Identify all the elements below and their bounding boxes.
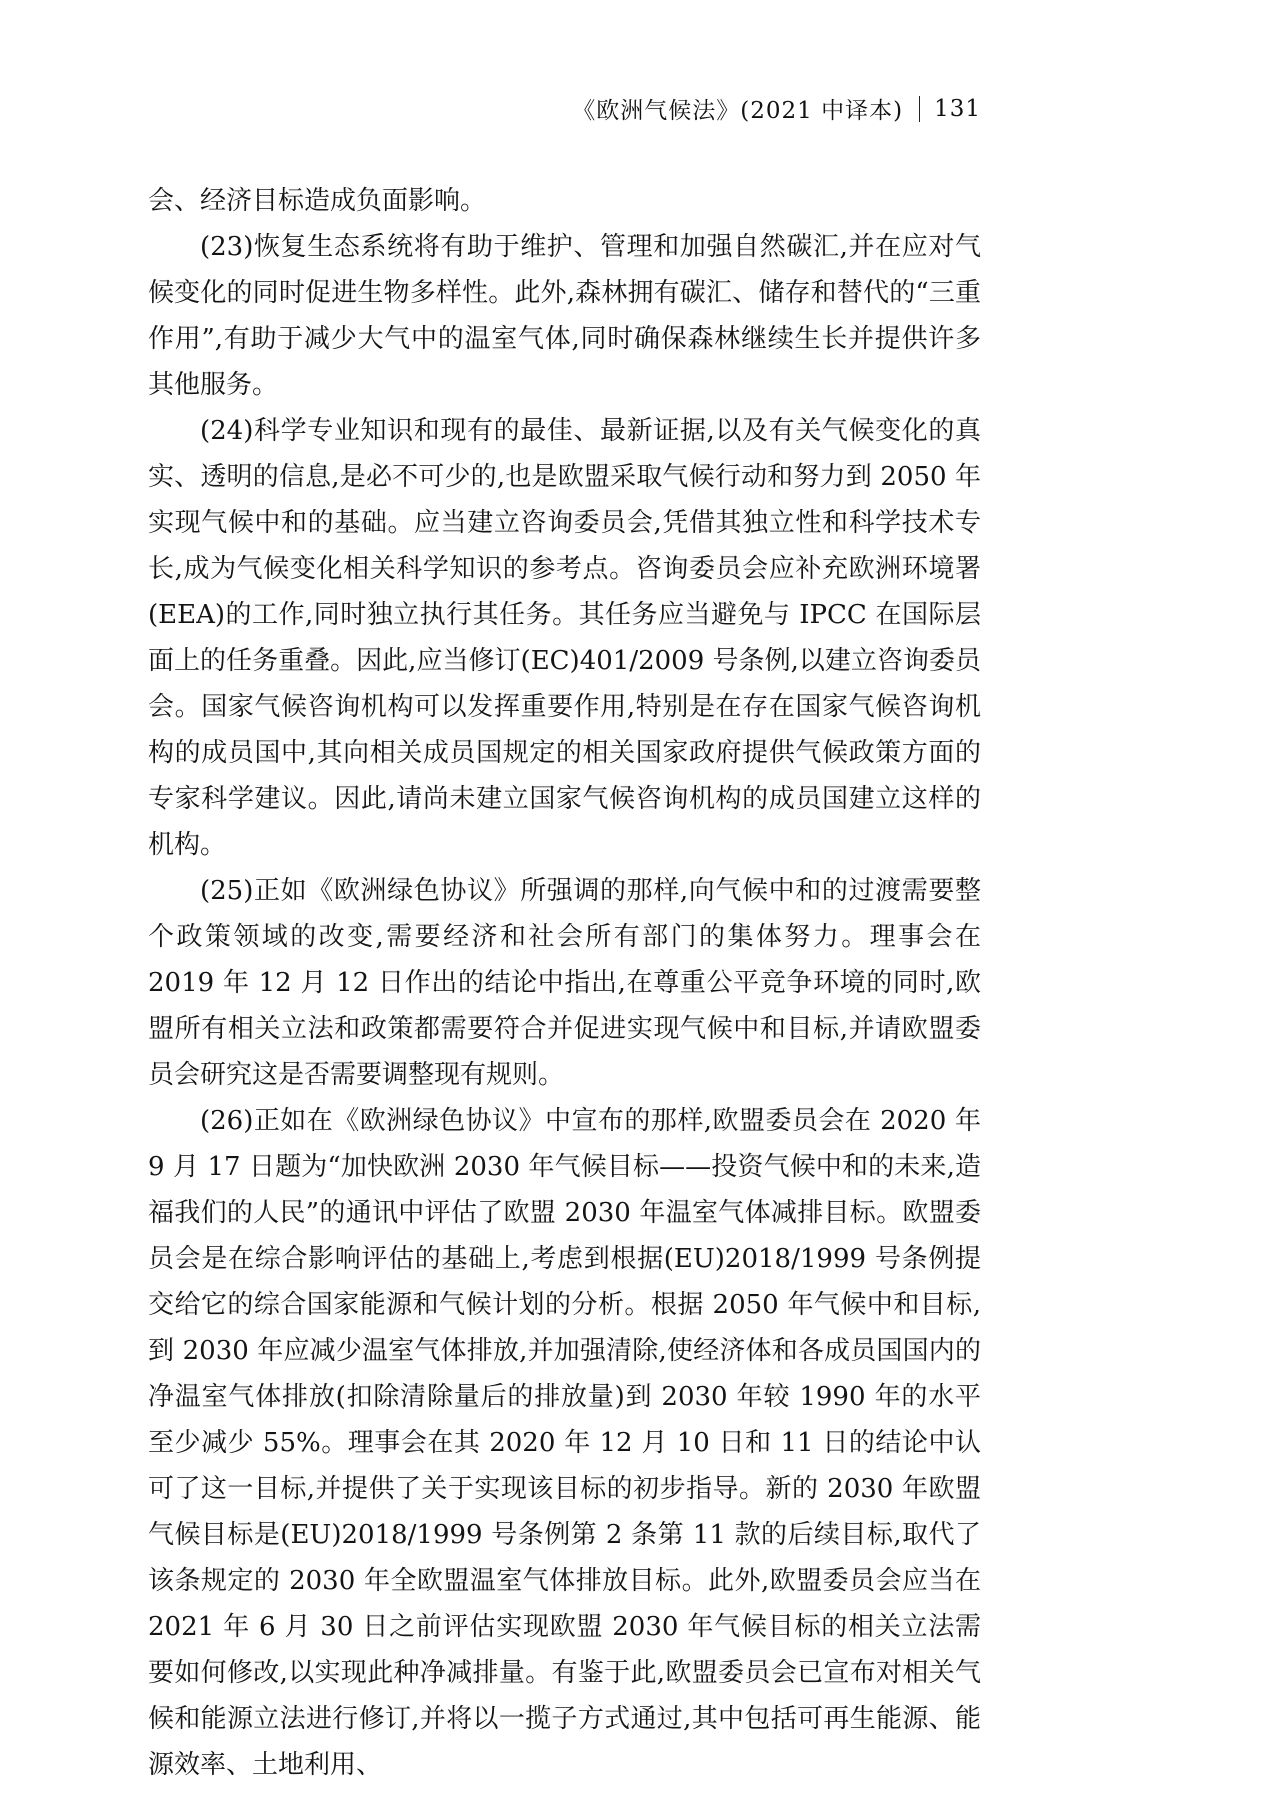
page-number: 131 (934, 96, 981, 122)
paragraph: (24)科学专业知识和现有的最佳、最新证据,以及有关气候变化的真实、透明的信息,… (148, 408, 981, 868)
paragraph: (25)正如《欧洲绿色协议》所强调的那样,向气候中和的过渡需要整个政策领域的改变… (148, 868, 981, 1098)
paragraph: (23)恢复生态系统将有助于维护、管理和加强自然碳汇,并在应对气候变化的同时促进… (148, 224, 981, 408)
page-body: 会、经济目标造成负面影响。(23)恢复生态系统将有助于维护、管理和加强自然碳汇,… (148, 178, 981, 1788)
paragraph: (26)正如在《欧洲绿色协议》中宣布的那样,欧盟委员会在 2020 年 9 月 … (148, 1098, 981, 1788)
header-divider (919, 96, 920, 122)
page-header: 《欧洲气候法》(2021 中译本) 131 (148, 92, 981, 125)
running-title: 《欧洲气候法》(2021 中译本) (572, 92, 903, 125)
paragraph: 会、经济目标造成负面影响。 (148, 178, 981, 224)
book-page: 《欧洲气候法》(2021 中译本) 131 会、经济目标造成负面影响。(23)恢… (0, 0, 1269, 1804)
